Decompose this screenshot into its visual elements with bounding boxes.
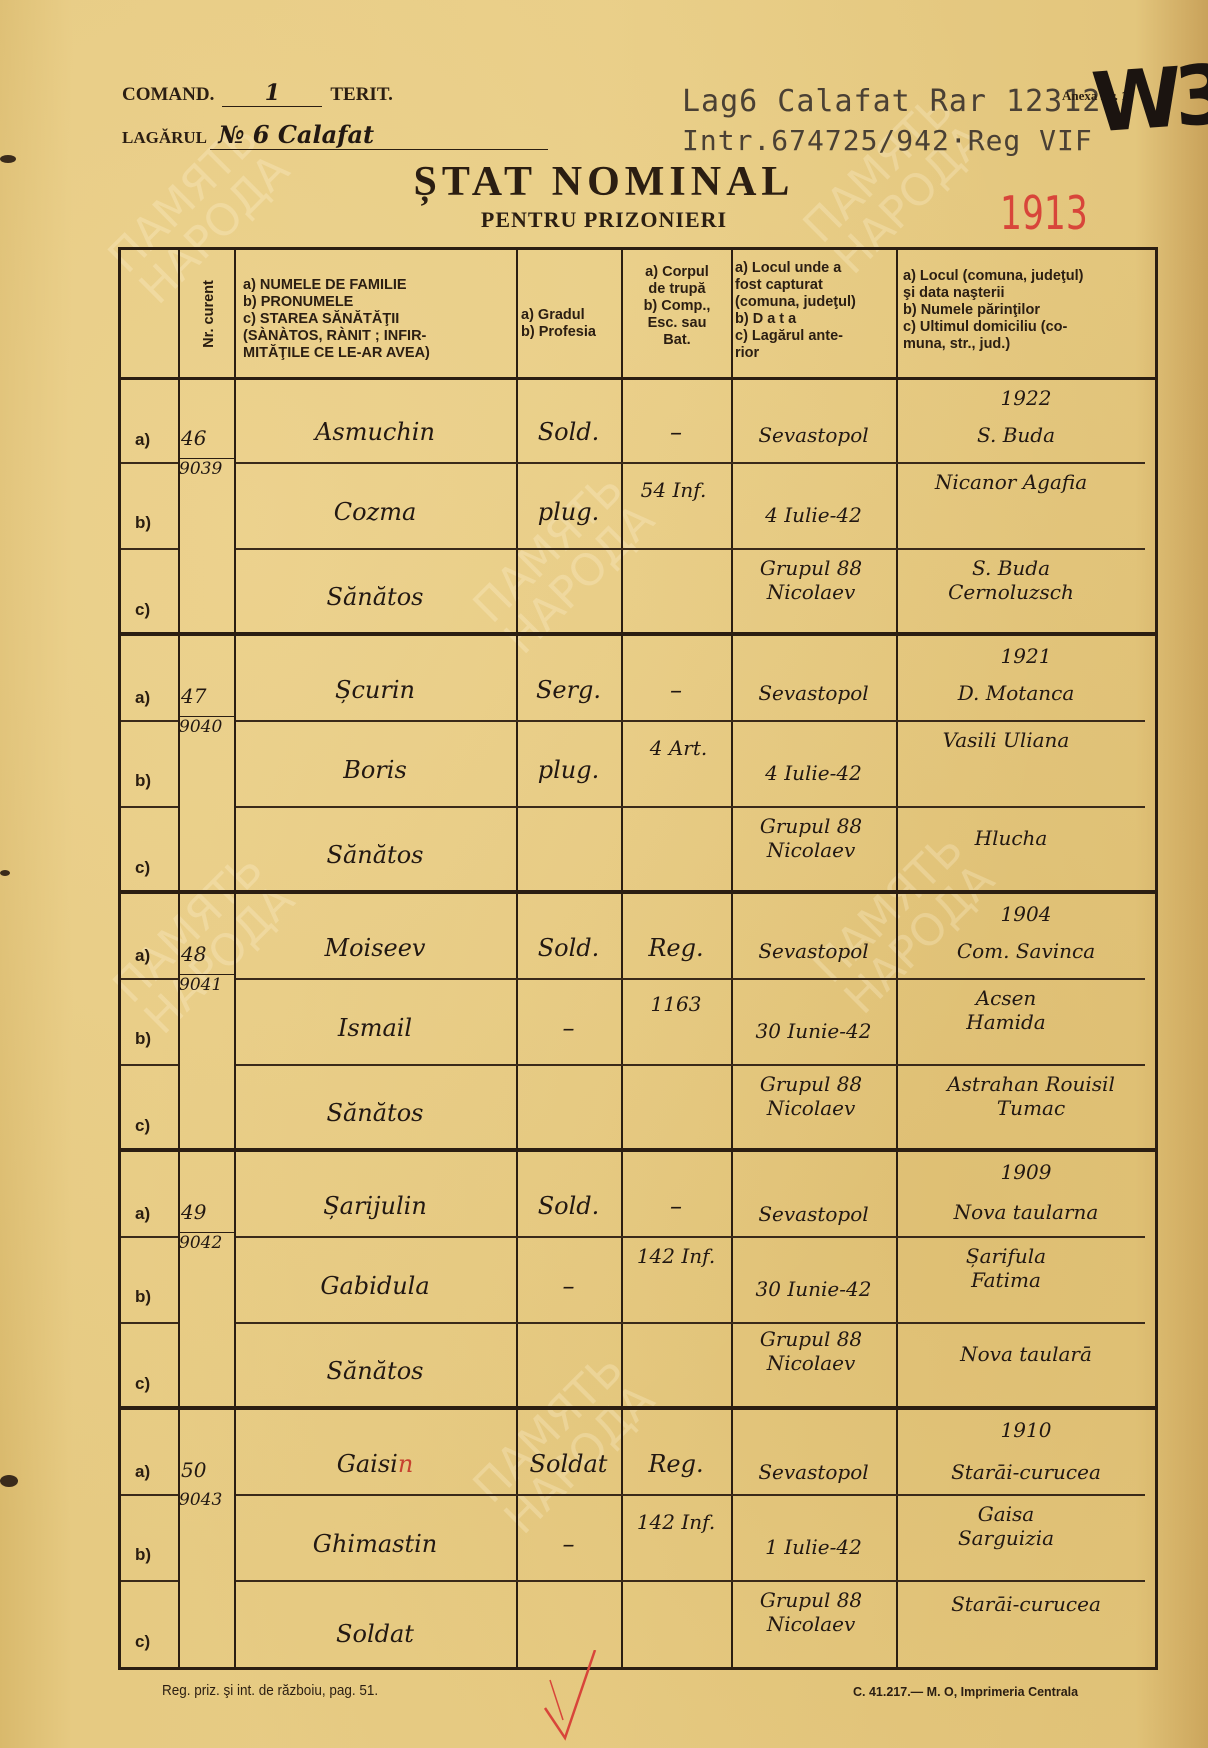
capture-place: Sevastopol (731, 1460, 896, 1484)
rank: Sold. (516, 1192, 621, 1220)
profession: – (516, 1530, 621, 1558)
capture-date: 4 Iulie-42 (731, 761, 896, 785)
birth-year: 1922 (896, 386, 1156, 410)
last-domicile: Hlucha (911, 826, 1111, 850)
row-label-a: a) (135, 688, 165, 708)
nr-registry: 9043 (179, 1490, 236, 1510)
nr-registry: 9041 (179, 974, 236, 995)
registry-stamp-line2: Intr.674725/942·Reg VIF (682, 124, 1093, 157)
nr-registry: 9042 (179, 1232, 236, 1253)
parents-names: Gaisa Sarguizia (941, 1502, 1071, 1550)
header-birth: a) Locul (comuna, judeţul) şi data naşte… (903, 250, 1153, 378)
previous-camp: Grupul 88 Nicolaev (741, 1327, 881, 1375)
birth-year: 1904 (896, 902, 1156, 926)
header-rank: a) Gradul b) Profesia (521, 250, 619, 378)
family-name: Gaisin (234, 1450, 516, 1478)
health-status: Sănătos (234, 1357, 516, 1385)
table-row: a) b) c) 47 9040 Șcurin Boris Sănătos Se… (121, 636, 1155, 894)
unit-corps: Reg. (621, 934, 731, 962)
birth-place: Starāi-curucea (896, 1460, 1156, 1484)
row-label-b: b) (135, 1545, 165, 1565)
first-name: Ismail (234, 1014, 516, 1042)
rank: Sold. (516, 934, 621, 962)
header-unit-text: a) Corpul de trupă b) Comp., Esc. sau Ba… (625, 264, 729, 349)
comand-field: COMAND.1TERIT. (122, 80, 393, 107)
nr-curent: 46 (181, 426, 236, 450)
birth-place: D. Motanca (896, 681, 1136, 705)
binder-hole (0, 1475, 18, 1487)
row-label-c: c) (135, 1374, 165, 1394)
unit-corps: Reg. (621, 1450, 731, 1478)
first-name: Cozma (234, 498, 516, 526)
comand-value: 1 (222, 80, 322, 107)
terit-label: TERIT. (330, 84, 392, 105)
profession: plug. (516, 756, 621, 784)
footer-printer: C. 41.217.— M. O, Imprimeria Centrala (853, 1685, 1078, 1699)
table-row: a) b) c) 49 9042 Șarijulin Gabidula Sănă… (121, 1152, 1155, 1410)
family-name: Moiseev (234, 934, 516, 962)
row-label-c: c) (135, 1116, 165, 1136)
header-capture-text: a) Locul unde a fost capturat (comuna, j… (735, 260, 895, 362)
table-row: a) b) c) 48 9041 Moiseev Ismail Sănătos … (121, 894, 1155, 1152)
lagarul-label: LAGĂRUL (122, 128, 206, 147)
header-capture: a) Locul unde a fost capturat (comuna, j… (735, 250, 895, 378)
nr-curent: 49 (181, 1200, 236, 1224)
nr-curent: 48 (181, 942, 236, 966)
previous-camp: Grupul 88 Nicolaev (741, 1072, 881, 1120)
archive-mark: W3 (1089, 48, 1208, 152)
capture-date: 1 Iulie-42 (731, 1535, 896, 1559)
header-name-text: a) NUMELE DE FAMILIE b) PRONUMELE c) STA… (243, 277, 513, 362)
nr-curent: 47 (181, 684, 236, 708)
capture-date: 30 Iunie-42 (731, 1277, 896, 1301)
first-name: Ghimastin (234, 1530, 516, 1558)
capture-place: Sevastopol (731, 1202, 896, 1226)
lagarul-field: LAGĂRUL № 6 Calafat (122, 120, 548, 150)
unit-company: 1163 (621, 992, 731, 1016)
health-status: Sănătos (234, 841, 516, 869)
rank: Sold. (516, 418, 621, 446)
row-label-b: b) (135, 1287, 165, 1307)
comand-label: COMAND. (122, 84, 214, 105)
previous-camp: Grupul 88 Nicolaev (741, 556, 881, 604)
birth-place: Nova taularna (896, 1200, 1156, 1224)
unit-corps: – (621, 1192, 731, 1220)
previous-camp: Grupul 88 Nicolaev (741, 814, 881, 862)
last-domicile: S. Buda Cernoluzsch (911, 556, 1111, 604)
header-name: a) NUMELE DE FAMILIE b) PRONUMELE c) STA… (243, 250, 513, 378)
row-label-c: c) (135, 600, 165, 620)
last-domicile: Starāi-curucea (896, 1592, 1156, 1616)
table-row: a) b) c) 50 9043 Gaisin Ghimastin Soldat… (121, 1410, 1155, 1668)
birth-place: Com. Savinca (896, 939, 1156, 963)
first-name: Gabidula (234, 1272, 516, 1300)
first-name: Boris (234, 756, 516, 784)
parents-names: Șarifula Fatima (941, 1244, 1071, 1292)
table-row: a) b) c) 46 9039 Asmuchin Cozma Sănătos … (121, 378, 1155, 636)
birth-place: S. Buda (896, 423, 1136, 447)
unit-company: 4 Art. (641, 736, 716, 760)
row-label-a: a) (135, 1462, 165, 1482)
birth-year: 1910 (896, 1418, 1156, 1442)
birth-year: 1909 (896, 1160, 1156, 1184)
health-status: Sănătos (234, 583, 516, 611)
header-birth-text: a) Locul (comuna, judeţul) şi data naşte… (903, 268, 1153, 353)
parents-names: Acsen Hamida (941, 986, 1071, 1034)
last-domicile: Astrahan Rouisil Tumac (911, 1072, 1151, 1120)
row-label-a: a) (135, 430, 165, 450)
nr-registry: 9039 (179, 458, 236, 479)
red-correction: n (398, 1450, 413, 1478)
row-label-c: c) (135, 1632, 165, 1652)
profession: – (516, 1014, 621, 1042)
header-rank-text: a) Gradul b) Profesia (521, 307, 619, 341)
profession: – (516, 1272, 621, 1300)
binder-hole (0, 870, 10, 876)
health-status: Soldat (234, 1620, 516, 1648)
unit-corps: – (621, 418, 731, 446)
header-unit: a) Corpul de trupă b) Comp., Esc. sau Ba… (625, 250, 729, 378)
red-page-number: 1913 (1000, 186, 1088, 240)
unit-corps: – (621, 676, 731, 704)
registry-stamp-line1: Lag6 Calafat Rar 12312 (682, 84, 1101, 119)
row-label-b: b) (135, 771, 165, 791)
row-label-b: b) (135, 1029, 165, 1049)
birth-year: 1921 (896, 644, 1156, 668)
unit-company: 142 Inf. (636, 1510, 716, 1534)
profession: plug. (516, 498, 621, 526)
red-check-mark-icon (535, 1650, 615, 1748)
row-label-a: a) (135, 946, 165, 966)
capture-date: 4 Iulie-42 (731, 503, 896, 527)
row-label-a: a) (135, 1204, 165, 1224)
rank: Soldat (516, 1450, 621, 1478)
lagarul-value: № 6 Calafat (210, 120, 548, 150)
capture-date: 30 Iunie-42 (731, 1019, 896, 1043)
family-name: Șarijulin (234, 1192, 516, 1220)
previous-camp: Grupul 88 Nicolaev (741, 1588, 881, 1636)
last-domicile: Nova taularā (896, 1342, 1156, 1366)
capture-place: Sevastopol (731, 423, 896, 447)
parents-names: Vasili Uliana (941, 728, 1071, 752)
rank: Serg. (516, 676, 621, 704)
parents-names: Nicanor Agafia (921, 470, 1101, 494)
family-name: Șcurin (234, 676, 516, 704)
row-label-b: b) (135, 513, 165, 533)
unit-company: 54 Inf. (626, 478, 721, 502)
footer-regulation: Reg. priz. şi int. de războiu, pag. 51. (162, 1682, 378, 1699)
capture-place: Sevastopol (731, 681, 896, 705)
prisoner-table: Nr. curent a) NUMELE DE FAMILIE b) PRONU… (118, 247, 1158, 1670)
header-nr-curent: Nr. curent (181, 250, 236, 378)
unit-company: 142 Inf. (636, 1244, 716, 1268)
health-status: Sănătos (234, 1099, 516, 1127)
row-label-c: c) (135, 858, 165, 878)
nr-curent: 50 (181, 1458, 236, 1482)
family-name: Asmuchin (234, 418, 516, 446)
nr-registry: 9040 (179, 716, 236, 737)
capture-place: Sevastopol (731, 939, 896, 963)
